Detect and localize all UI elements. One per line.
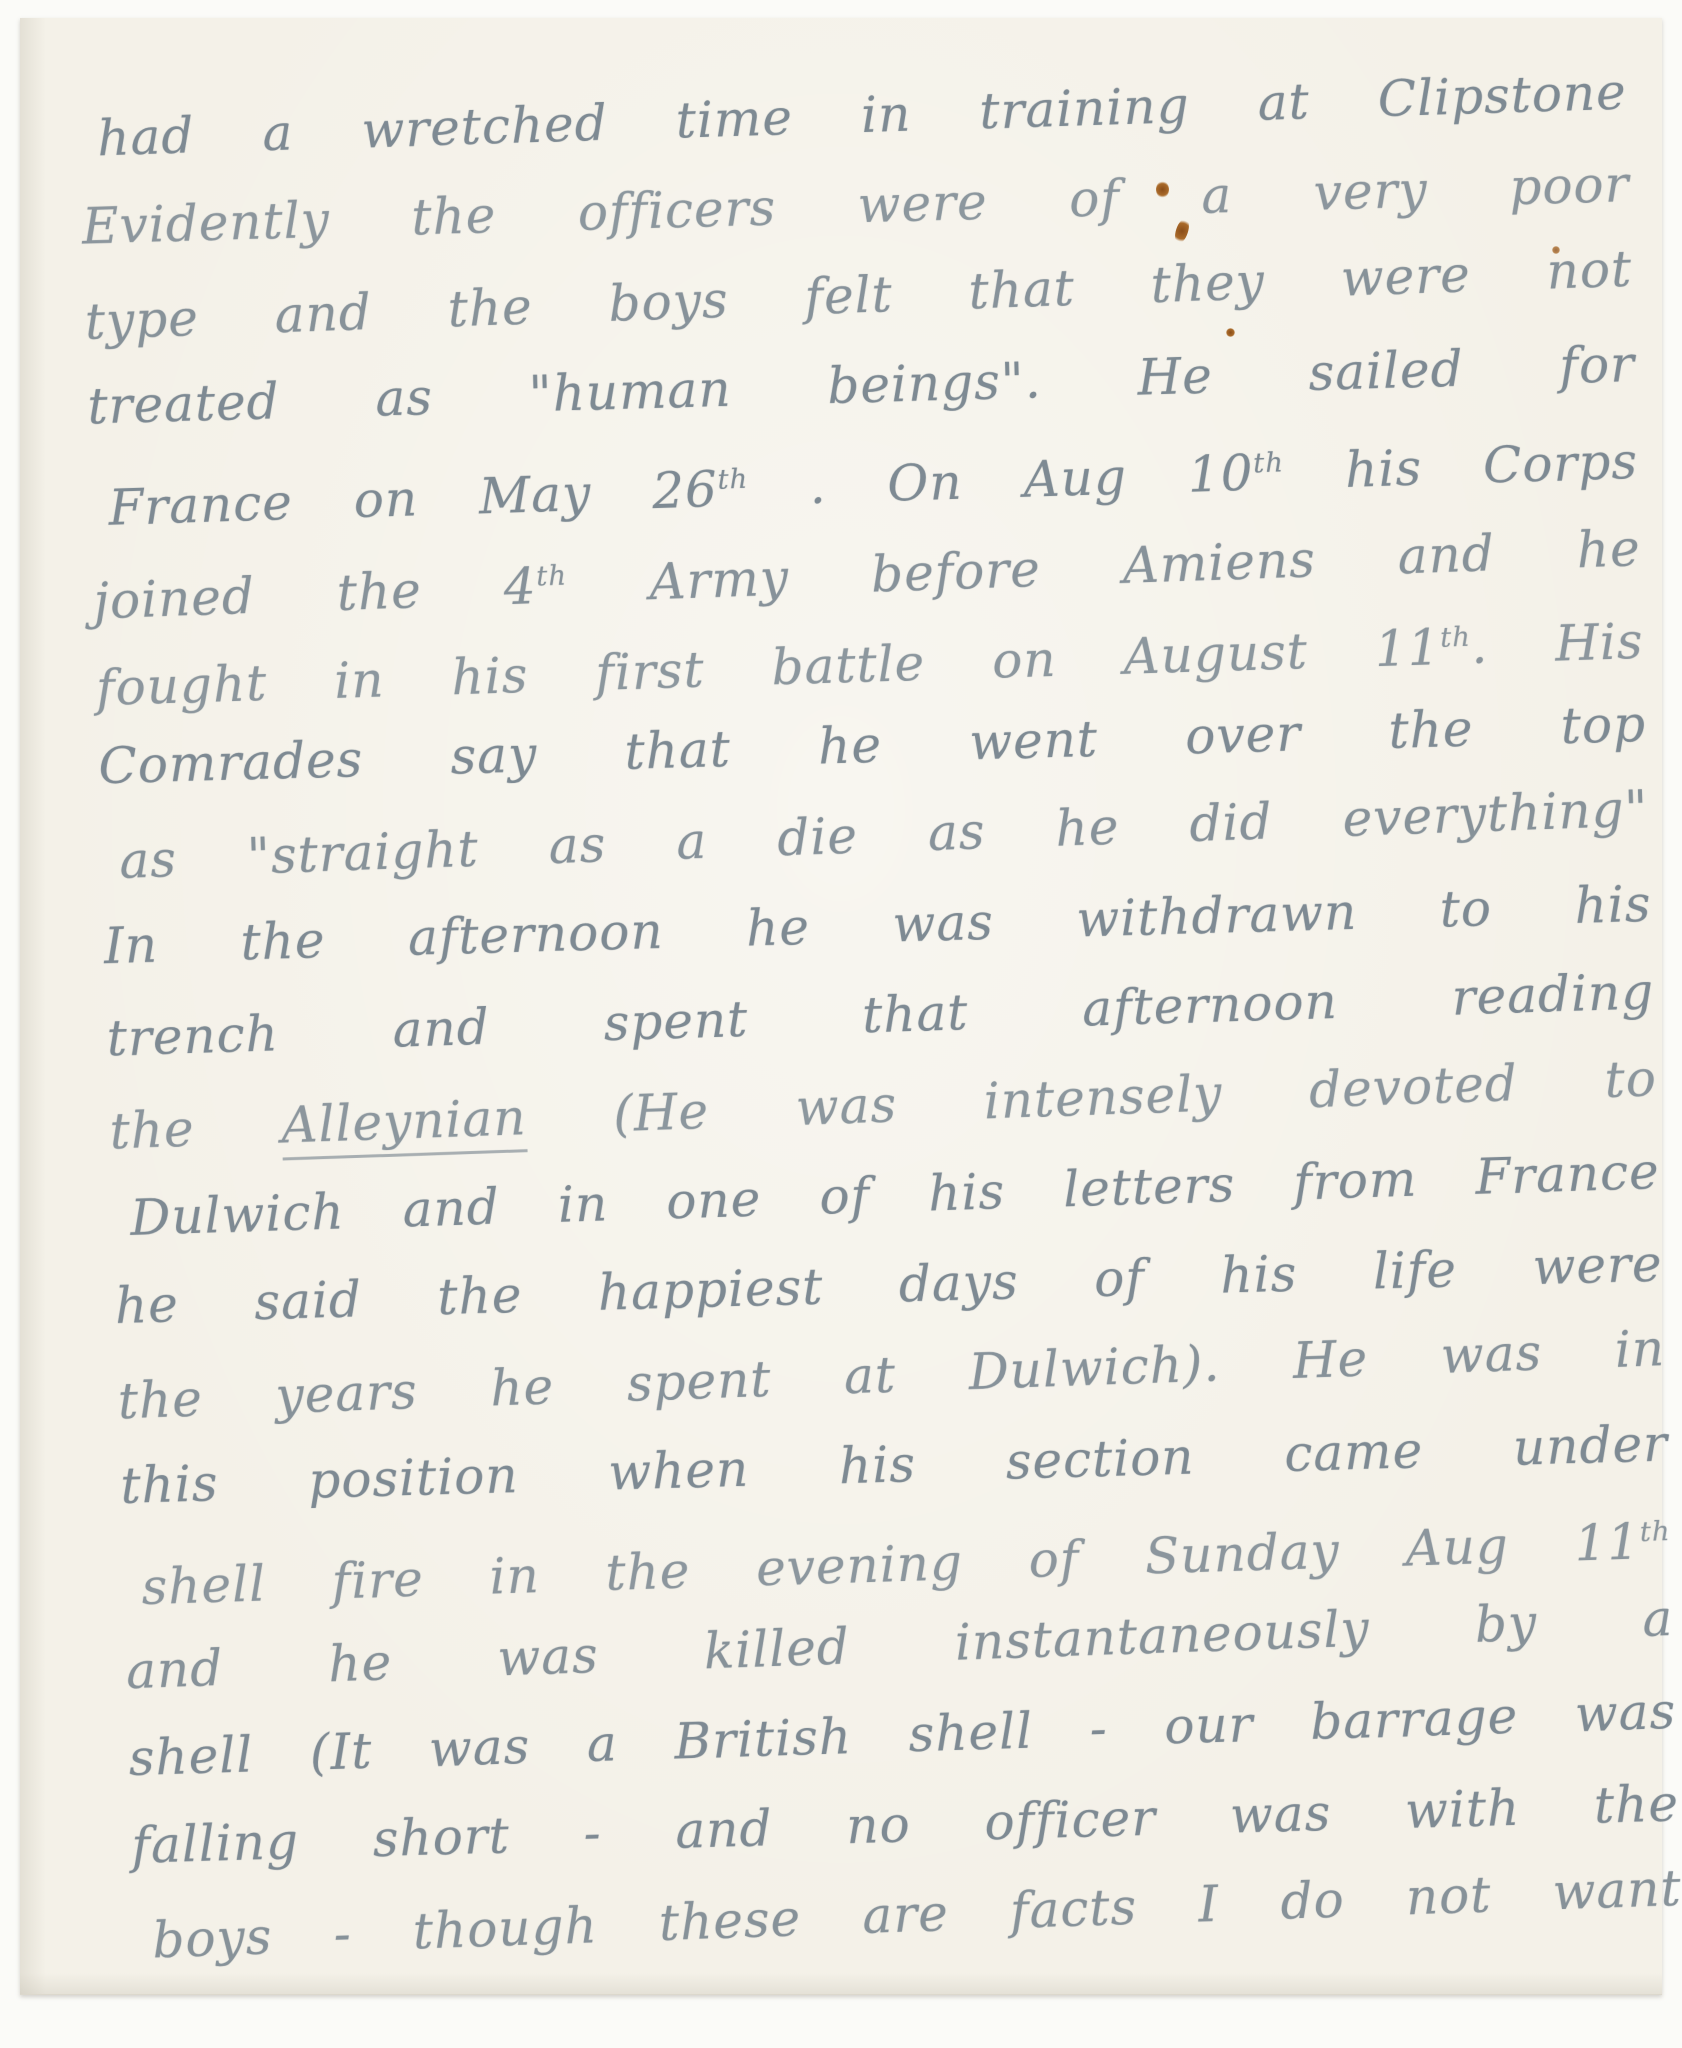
line-segment: th [717, 463, 749, 496]
line-segment: th [1639, 1515, 1671, 1548]
line-segment: the [109, 1097, 283, 1161]
line-segment: . On Aug 10 [748, 444, 1255, 517]
line-segment: th [1440, 621, 1472, 654]
line-segment: th [536, 559, 568, 592]
line-segment: joined the 4 [92, 557, 537, 630]
line-segment: his Corps [1283, 432, 1638, 501]
paper-sheet: had a wretched time in training at Clips… [20, 18, 1662, 1995]
line-segment: th [1253, 446, 1285, 479]
line-segment: France on May 26 [108, 460, 719, 537]
line-segment: . His [1470, 612, 1644, 675]
line-segment: Alleynian [280, 1088, 527, 1160]
scan-background: had a wretched time in training at Clips… [0, 0, 1682, 2048]
handwriting-lines: had a wretched time in training at Clips… [78, 49, 1682, 1985]
